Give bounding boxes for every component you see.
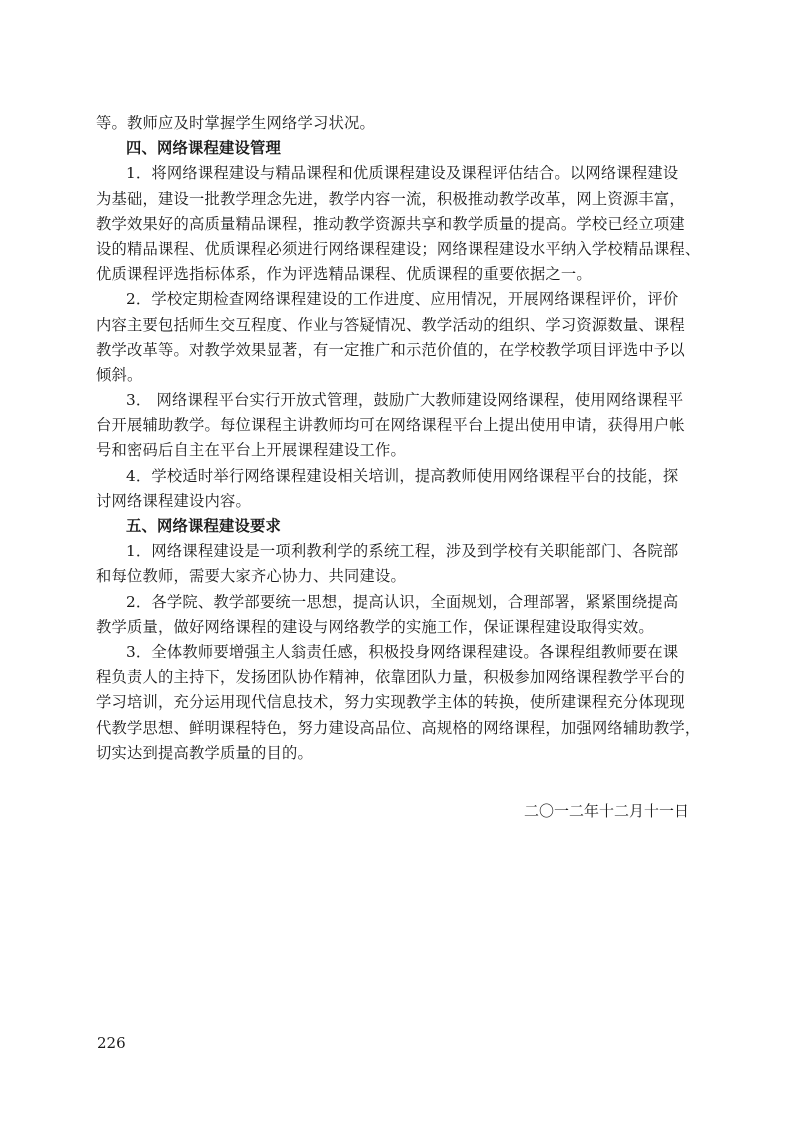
text-line: 切实达到提高教学质量的目的。 bbox=[96, 741, 706, 766]
text-line: 和每位教师，需要大家齐心协力、共同建设。 bbox=[96, 564, 706, 589]
text-line: 教学效果好的高质量精品课程，推动教学资源共享和教学质量的提高。学校已经立项建 bbox=[96, 212, 706, 237]
text-line: 等。教师应及时掌握学生网络学习状况。 bbox=[96, 111, 706, 136]
section-heading-5: 五、网络课程建设要求 bbox=[96, 514, 706, 539]
text-line: 优质课程评选指标体系，作为评选精品课程、优质课程的重要依据之一。 bbox=[96, 262, 706, 287]
text-line: 3．全体教师要增强主人翁责任感，积极投身网络课程建设。各课程组教师要在课 bbox=[96, 640, 706, 665]
text-line: 1．网络课程建设是一项利教利学的系统工程，涉及到学校有关职能部门、各院部 bbox=[96, 539, 706, 564]
text-line: 代教学思想、鲜明课程特色，努力建设高品位、高规格的网络课程，加强网络辅助教学， bbox=[96, 716, 706, 741]
text-line: 学习培训，充分运用现代信息技术，努力实现教学主体的转换，使所建课程充分体现现 bbox=[96, 690, 706, 715]
text-line: 程负责人的主持下，发扬团队协作精神，依靠团队力量，积极参加网络课程教学平台的 bbox=[96, 665, 706, 690]
text-line: 号和密码后自主在平台上开展课程建设工作。 bbox=[96, 438, 706, 463]
text-line: 设的精品课程、优质课程必须进行网络课程建设；网络课程建设水平纳入学校精品课程、 bbox=[96, 237, 706, 262]
page-number: 226 bbox=[97, 1034, 126, 1052]
document-body: 等。教师应及时掌握学生网络学习状况。 四、网络课程建设管理 1．将网络课程建设与… bbox=[96, 111, 706, 766]
text-line: 内容主要包括师生交互程度、作业与答疑情况、教学活动的组织、学习资源数量、课程 bbox=[96, 313, 706, 338]
text-line: 倾斜。 bbox=[96, 363, 706, 388]
text-line: 4．学校适时举行网络课程建设相关培训，提高教师使用网络课程平台的技能，探 bbox=[96, 464, 706, 489]
text-line: 讨网络课程建设内容。 bbox=[96, 489, 706, 514]
text-line: 教学改革等。对教学效果显著，有一定推广和示范价值的，在学校教学项目评选中予以 bbox=[96, 338, 706, 363]
text-line: 教学质量，做好网络课程的建设与网络教学的实施工作，保证课程建设取得实效。 bbox=[96, 615, 706, 640]
text-line: 2．各学院、教学部要统一思想，提高认识，全面规划，合理部署，紧紧围绕提高 bbox=[96, 590, 706, 615]
section-heading-4: 四、网络课程建设管理 bbox=[96, 136, 706, 161]
document-date: 二〇一二年十二月十一日 bbox=[524, 800, 689, 821]
text-line: 台开展辅助教学。每位课程主讲教师均可在网络课程平台上提出使用申请，获得用户帐 bbox=[96, 413, 706, 438]
text-line: 3． 网络课程平台实行开放式管理，鼓励广大教师建设网络课程，使用网络课程平 bbox=[96, 388, 706, 413]
text-line: 2．学校定期检查网络课程建设的工作进度、应用情况，开展网络课程评价，评价 bbox=[96, 287, 706, 312]
text-line: 1．将网络课程建设与精品课程和优质课程建设及课程评估结合。以网络课程建设 bbox=[96, 161, 706, 186]
text-line: 为基础，建设一批教学理念先进，教学内容一流，积极推动教学改革，网上资源丰富， bbox=[96, 187, 706, 212]
